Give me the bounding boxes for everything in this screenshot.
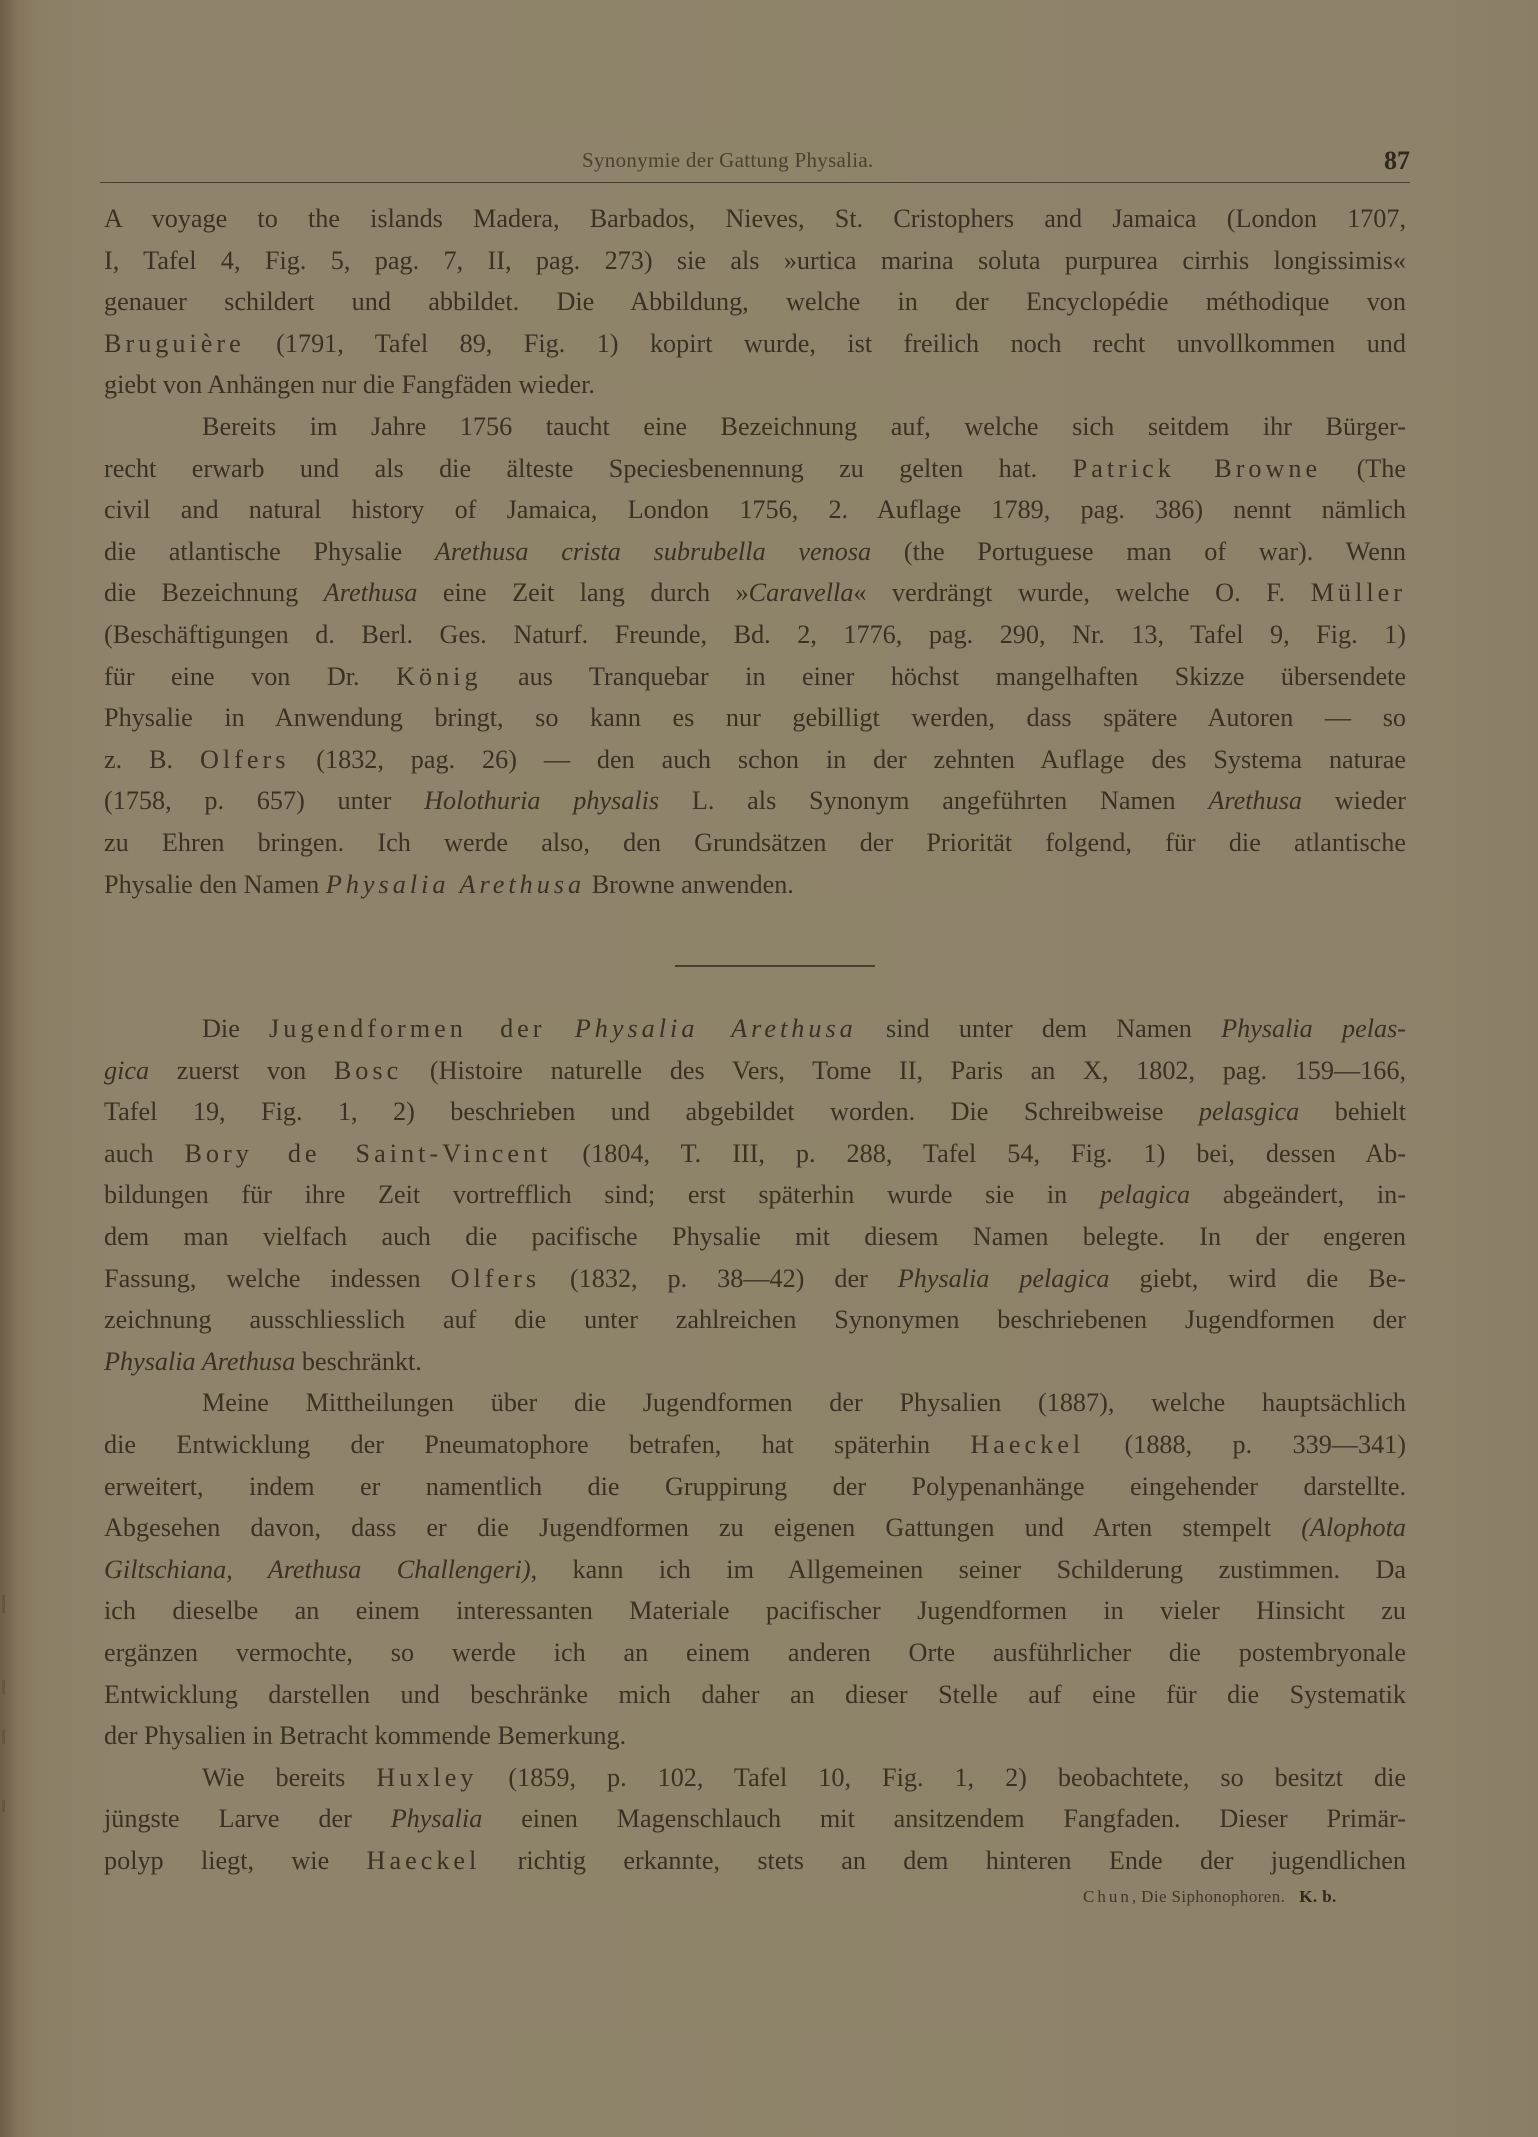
text-line: Giltschiana, Arethusa Challengeri), kann… [104, 1549, 1406, 1591]
taxon-name: Giltschiana, Arethusa Challengeri) [104, 1555, 531, 1584]
body-text-section-2: Die Jugendformen der Physalia Arethusa s… [104, 1008, 1406, 1881]
author-name: Müller [1311, 578, 1406, 607]
book-page: Synonymie der Gattung Physalia. 87 A voy… [0, 0, 1538, 2137]
text-line: (1758, p. 657) unter Holothuria physalis… [104, 780, 1406, 822]
text-line: giebt von Anhängen nur die Fangfäden wie… [104, 364, 1406, 406]
text-line: dem man vielfach auch die pacifische Phy… [104, 1216, 1406, 1258]
text-line: Fassung, welche indessen Olfers (1832, p… [104, 1258, 1406, 1300]
text-line: zu Ehren bringen. Ich werde also, den Gr… [104, 822, 1406, 864]
taxon-name: pelagica [1100, 1180, 1190, 1209]
text-line: Physalie in Anwendung bringt, so kann es… [104, 697, 1406, 739]
text-line: jüngste Larve der Physalia einen Magensc… [104, 1798, 1406, 1840]
taxon-name: Holothuria physalis [424, 786, 659, 815]
margin-mark [2, 1595, 5, 1613]
text-line: zeichnung ausschliesslich auf die unter … [104, 1299, 1406, 1341]
taxon-name: Arethusa [1208, 786, 1302, 815]
author-name: König [396, 662, 481, 691]
paragraph-start-line: Bereits im Jahre 1756 taucht eine Bezeic… [104, 406, 1406, 448]
author-name: Patrick Browne [1073, 454, 1322, 483]
running-title: Synonymie der Gattung Physalia. [582, 148, 874, 173]
author-name: Haeckel [367, 1846, 481, 1875]
taxon-name: Caravella [749, 578, 854, 607]
taxon-name: Physalia Arethusa [326, 870, 585, 899]
margin-mark [2, 1730, 5, 1744]
section-divider [675, 965, 875, 967]
taxon-name: Physalia Arethusa [104, 1347, 295, 1376]
author-name: Bory de Saint-Vincent [184, 1139, 551, 1168]
text-line: der Physalien in Betracht kommende Bemer… [104, 1715, 1406, 1757]
text-line: ergänzen vermochte, so werde ich an eine… [104, 1632, 1406, 1674]
taxon-name: Physalia pelas- [1221, 1014, 1406, 1043]
taxon-name: Arethusa crista subrubella venosa [435, 537, 871, 566]
text-line: ich dieselbe an einem interessanten Mate… [104, 1590, 1406, 1632]
text-line: Bruguière (1791, Tafel 89, Fig. 1) kopir… [104, 323, 1406, 365]
text-line: recht erwarb und als die älteste Species… [104, 448, 1406, 490]
margin-mark [2, 1800, 5, 1812]
running-head: Synonymie der Gattung Physalia. 87 [100, 146, 1410, 183]
text-line: gica zuerst von Bosc (Histoire naturelle… [104, 1050, 1406, 1092]
paragraph-start-line: Die Jugendformen der Physalia Arethusa s… [104, 1008, 1406, 1050]
taxon-name: Arethusa [324, 578, 418, 607]
taxon-name: Physalia pelagica [898, 1264, 1110, 1293]
taxon-name: (Alophota [1301, 1513, 1406, 1542]
paragraph-start-line: Meine Mittheilungen über die Jugendforme… [104, 1382, 1406, 1424]
taxon-name: pelasgica [1199, 1097, 1299, 1126]
sheet-mark: K. b. [1299, 1887, 1336, 1906]
text-line: civil and natural history of Jamaica, Lo… [104, 489, 1406, 531]
text-line: Physalia Arethusa beschränkt. [104, 1341, 1406, 1383]
text-line: für eine von Dr. König aus Tranquebar in… [104, 656, 1406, 698]
paragraph-start-line: Wie bereits Huxley (1859, p. 102, Tafel … [104, 1757, 1406, 1799]
signature-title: , Die Siphonophoren. [1132, 1887, 1285, 1906]
text-line: I, Tafel 4, Fig. 5, pag. 7, II, pag. 273… [104, 240, 1406, 282]
author-name: Bosc [334, 1056, 402, 1085]
text-line: polyp liegt, wie Haeckel richtig erkannt… [104, 1840, 1406, 1882]
author-name: Olfers [200, 745, 289, 774]
author-name: Olfers [451, 1264, 540, 1293]
body-text-section-1: A voyage to the islands Madera, Barbados… [104, 198, 1406, 905]
page-number: 87 [1384, 146, 1410, 176]
text-line: Physalie den Namen Physalia Arethusa Bro… [104, 864, 1406, 906]
text-line: Abgesehen davon, dass er die Jugendforme… [104, 1507, 1406, 1549]
signature-author: Chun [1083, 1887, 1132, 1906]
text-line: erweitert, indem er namentlich die Grupp… [104, 1466, 1406, 1508]
text-line: bildungen für ihre Zeit vortrefflich sin… [104, 1174, 1406, 1216]
text-line: die Entwicklung der Pneumatophore betraf… [104, 1424, 1406, 1466]
text-line: auch Bory de Saint-Vincent (1804, T. III… [104, 1133, 1406, 1175]
text-line: Entwicklung darstellen und beschränke mi… [104, 1674, 1406, 1716]
text-line: A voyage to the islands Madera, Barbados… [104, 198, 1406, 240]
taxon-name: Physalia Arethusa [575, 1014, 857, 1043]
text-line: genauer schildert und abbildet. Die Abbi… [104, 281, 1406, 323]
text-line: Tafel 19, Fig. 1, 2) beschrieben und abg… [104, 1091, 1406, 1133]
binding-shadow [0, 0, 18, 2137]
author-name: Haeckel [970, 1430, 1084, 1459]
author-name: Huxley [376, 1763, 477, 1792]
text-line: z. B. Olfers (1832, pag. 26) — den auch … [104, 739, 1406, 781]
author-name: Bruguière [104, 329, 245, 358]
taxon-name: gica [104, 1056, 149, 1085]
taxon-name: Physalia [391, 1804, 483, 1833]
signature-line: Chun, Die Siphonophoren.K. b. [1083, 1887, 1337, 1907]
text-line: die atlantische Physalie Arethusa crista… [104, 531, 1406, 573]
text-line: die Bezeichnung Arethusa eine Zeit lang … [104, 572, 1406, 614]
text-line: (Beschäftigungen d. Berl. Ges. Naturf. F… [104, 614, 1406, 656]
margin-mark [2, 1680, 5, 1694]
